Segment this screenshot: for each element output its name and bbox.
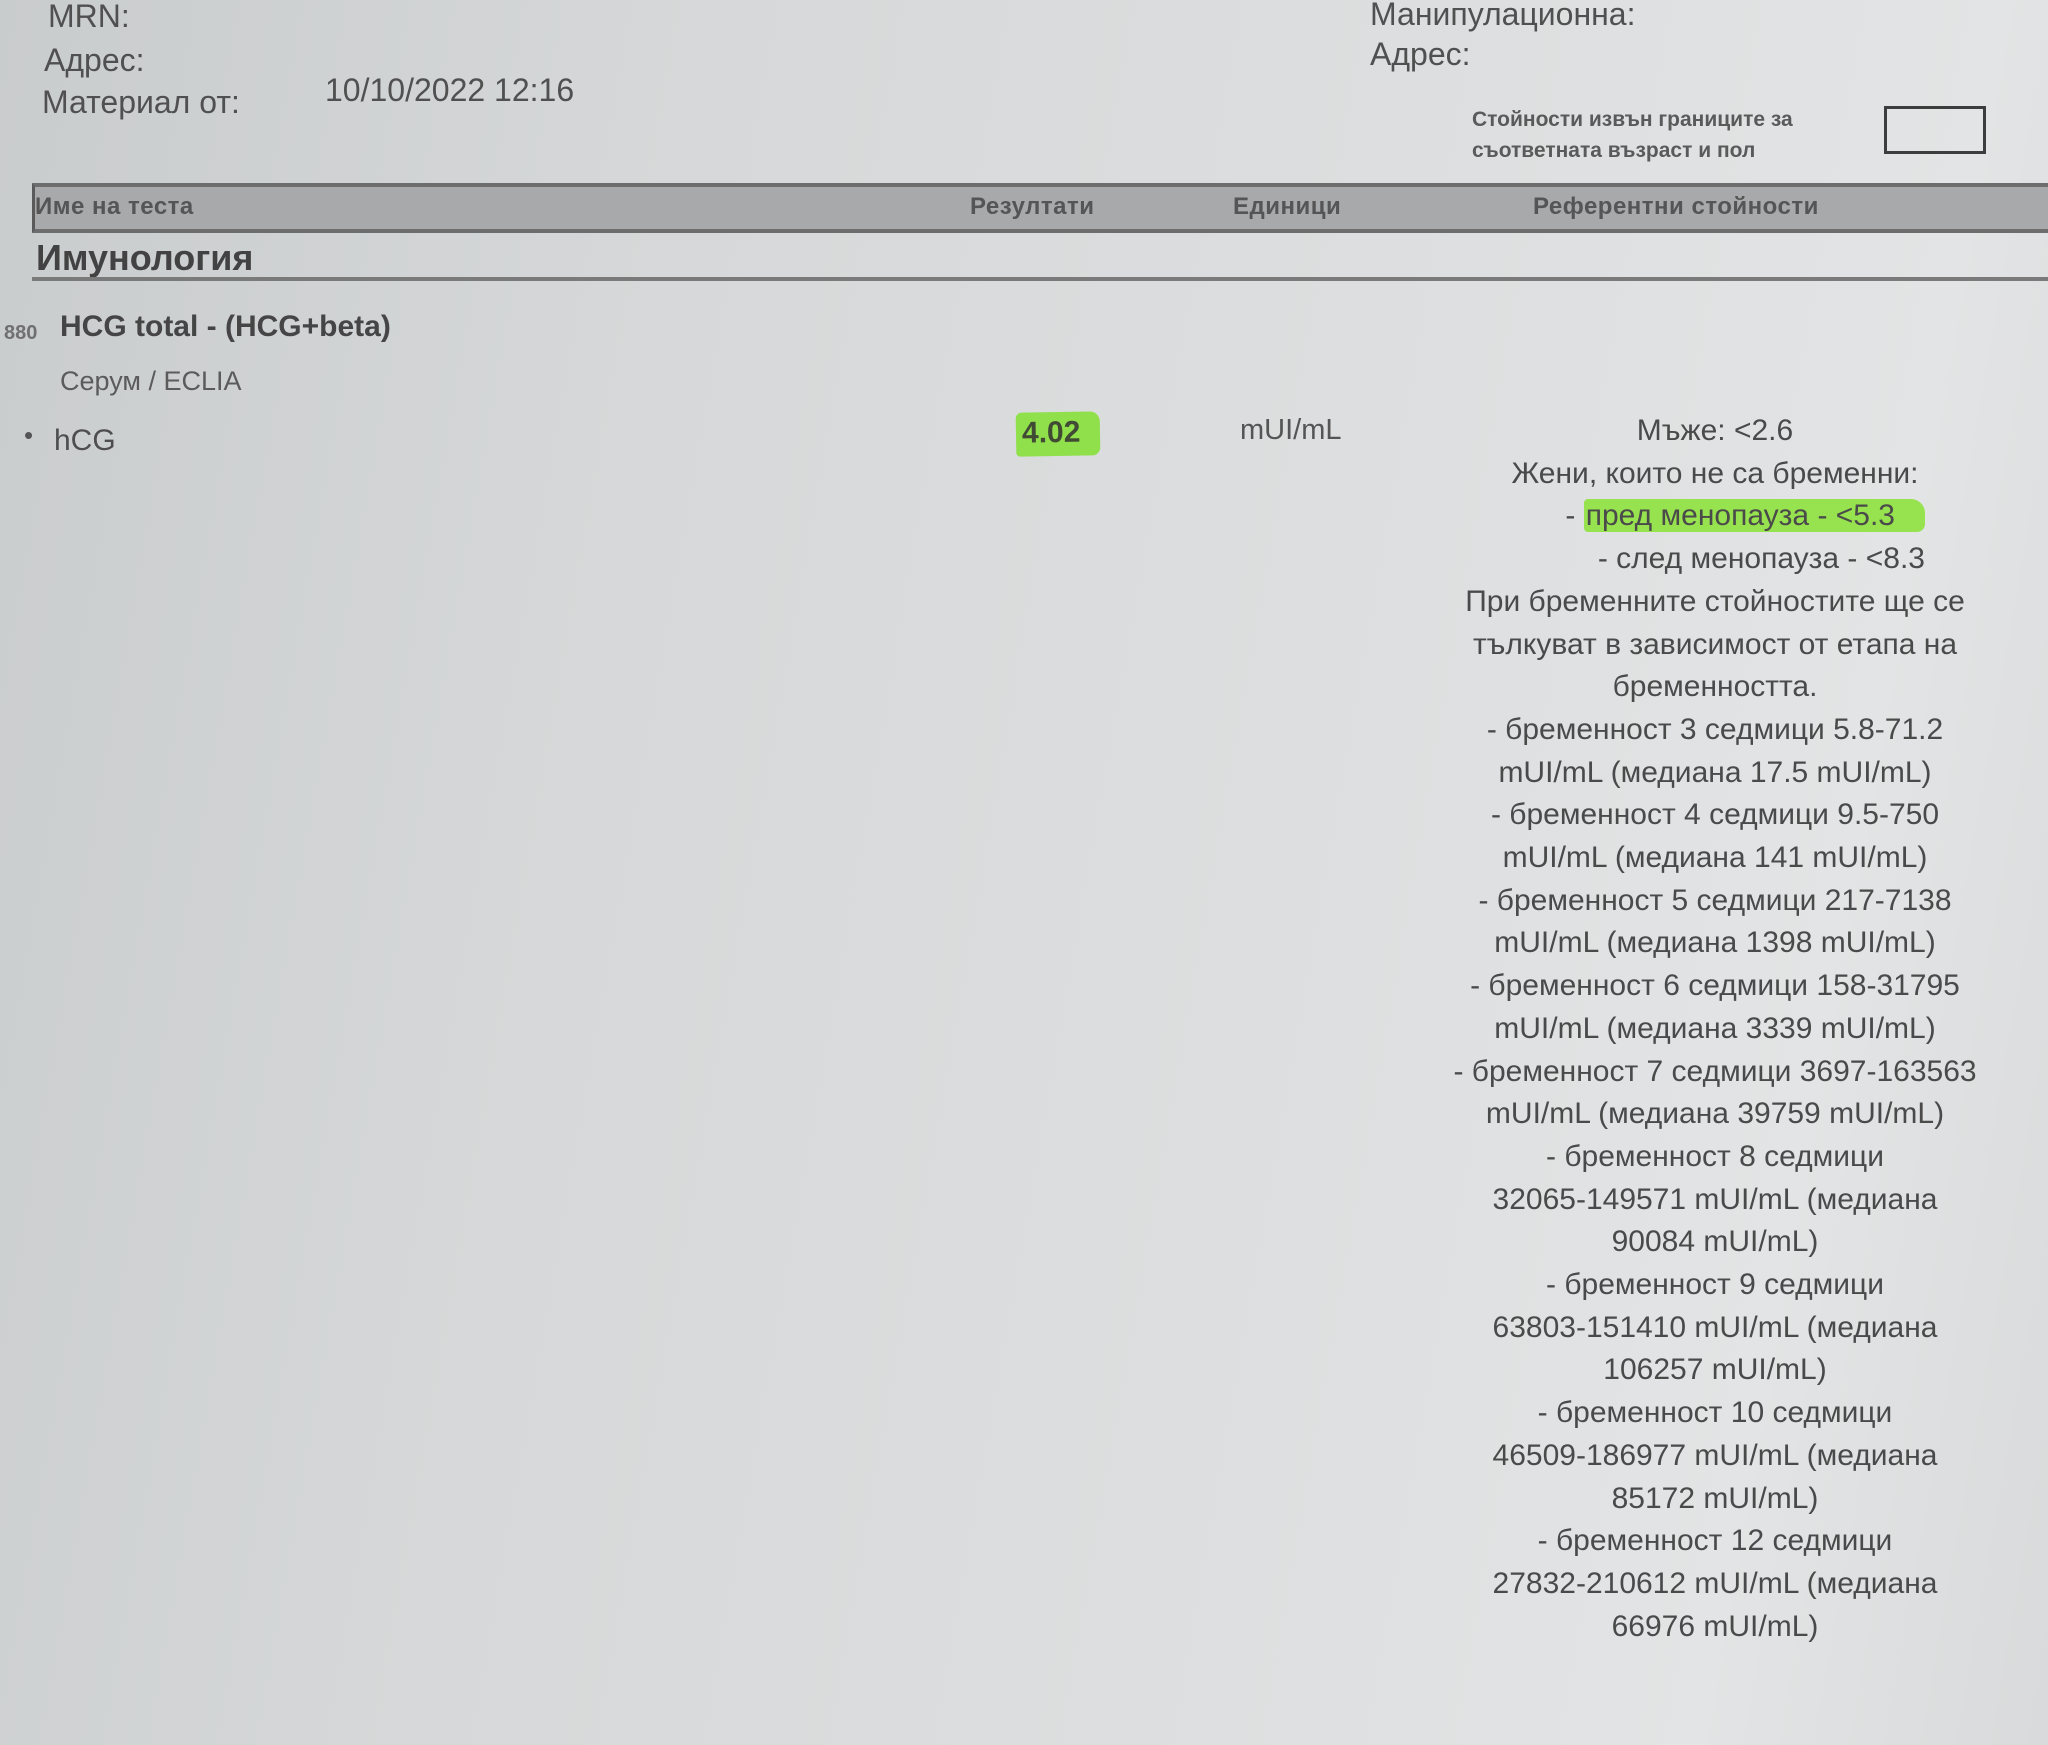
ref-pregnancy-note: При бременните стойностите ще се: [1395, 581, 2035, 624]
ref-premenopause: - пред менопауза - <5.3: [1395, 495, 2035, 538]
ref-week-9: - бременност 9 седмици: [1395, 1264, 2035, 1307]
ref-week-9: 106257 mUI/mL): [1395, 1349, 2035, 1392]
ref-week-5: - бременност 5 седмици 217-7138: [1395, 880, 2035, 923]
ref-week-6: - бременност 6 седмици 158-31795: [1395, 965, 2035, 1008]
out-of-range-note-line1: Стойности извън границите за: [1472, 104, 1793, 135]
ref-week-3: - бременност 3 седмици 5.8-71.2: [1395, 709, 2035, 752]
ref-week-8: - бременност 8 седмици: [1395, 1136, 2035, 1179]
parameter-name: hCG: [54, 424, 116, 458]
ref-pregnancy-note: бременността.: [1395, 666, 2035, 709]
out-of-range-flag-box: [1884, 106, 1986, 154]
out-of-range-note-line2: съответната възраст и пол: [1472, 135, 1793, 166]
ref-week-9: 63803-151410 mUI/mL (медиана: [1395, 1307, 2035, 1350]
material-datetime: 10/10/2022 12:16: [325, 72, 574, 109]
manipulation-label: Манипулационна:: [1370, 0, 1635, 33]
material-label: Материал от:: [42, 84, 240, 121]
ref-men: Мъже: <2.6: [1395, 410, 2035, 453]
ref-week-4: mUI/mL (медиана 141 mUI/mL): [1395, 837, 2035, 880]
address-label-left: Адрес:: [44, 42, 145, 79]
address-label-right: Адрес:: [1370, 36, 1471, 73]
result-value: 4.02: [1016, 411, 1101, 456]
test-code: 880: [4, 322, 37, 345]
bullet-icon: •: [24, 420, 33, 451]
ref-pregnancy-note: тълкуват в зависимост от етапа на: [1395, 624, 2035, 667]
table-header: Име на теста Резултати Единици Референтн…: [32, 183, 2048, 233]
ref-week-10: - бременност 10 седмици: [1395, 1392, 2035, 1435]
ref-week-8: 32065-149571 mUI/mL (медиана: [1395, 1179, 2035, 1222]
section-title: Имунология: [36, 237, 253, 279]
reference-values: Мъже: <2.6 Жени, които не са бременни: -…: [1395, 410, 2035, 1648]
ref-premenopause-dash: -: [1565, 499, 1583, 532]
ref-week-5: mUI/mL (медиана 1398 mUI/mL): [1395, 922, 2035, 965]
column-header-results: Резултати: [970, 193, 1094, 221]
ref-week-6: mUI/mL (медиана 3339 mUI/mL): [1395, 1008, 2035, 1051]
ref-week-12: - бременност 12 седмици: [1395, 1520, 2035, 1563]
column-header-test-name: Име на теста: [35, 193, 194, 221]
ref-week-10: 85172 mUI/mL): [1395, 1478, 2035, 1521]
ref-week-12: 66976 mUI/mL): [1395, 1606, 2035, 1649]
section-divider: [32, 277, 2048, 281]
test-method: Серум / ECLIA: [60, 366, 242, 397]
ref-week-12: 27832-210612 mUI/mL (медиана: [1395, 1563, 2035, 1606]
ref-women-not-pregnant: Жени, които не са бременни:: [1395, 453, 2035, 496]
ref-postmenopause: - след менопауза - <8.3: [1395, 538, 2035, 581]
ref-week-3: mUI/mL (медиана 17.5 mUI/mL): [1395, 752, 2035, 795]
column-header-reference: Референтни стойности: [1533, 193, 1819, 221]
result-unit: mUI/mL: [1240, 414, 1342, 447]
test-name: HCG total - (HCG+beta): [60, 310, 391, 344]
ref-premenopause-highlighted: пред менопауза - <5.3: [1584, 499, 1925, 532]
ref-week-7: - бременност 7 седмици 3697-163563: [1395, 1051, 2035, 1094]
out-of-range-note: Стойности извън границите за съответната…: [1472, 104, 1793, 166]
ref-week-4: - бременност 4 седмици 9.5-750: [1395, 794, 2035, 837]
column-header-units: Единици: [1233, 193, 1341, 221]
ref-week-10: 46509-186977 mUI/mL (медиана: [1395, 1435, 2035, 1478]
ref-week-7: mUI/mL (медиана 39759 mUI/mL): [1395, 1093, 2035, 1136]
ref-week-8: 90084 mUI/mL): [1395, 1221, 2035, 1264]
mrn-label: MRN:: [48, 0, 130, 35]
